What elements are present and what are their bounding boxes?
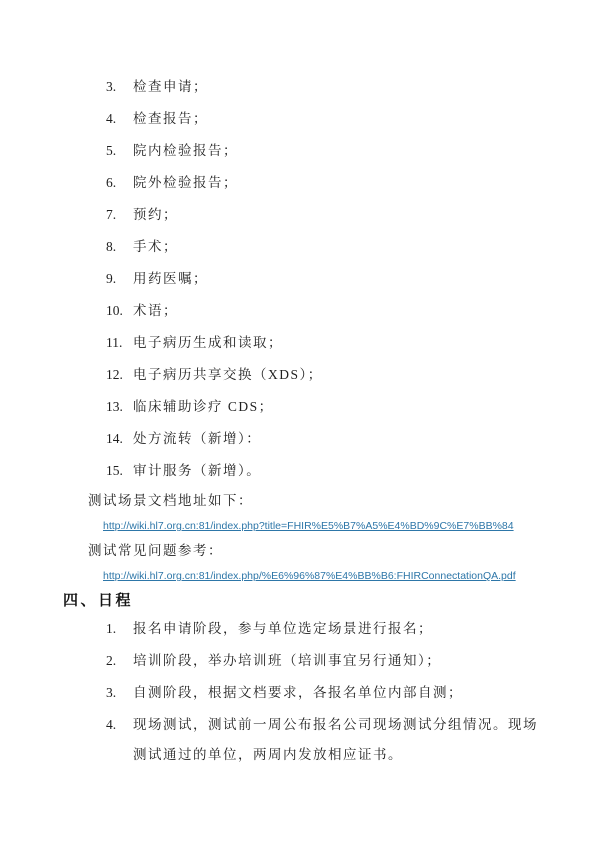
- list-item-number: 5.: [106, 136, 133, 166]
- list-item-text: 手术；: [133, 232, 178, 262]
- list-item-number: 4.: [106, 104, 133, 134]
- list-item-text: 报名申请阶段，参与单位选定场景进行报名；: [133, 614, 433, 644]
- list-item: 9. 用药医嘱；: [106, 264, 544, 294]
- list-item: 6. 院外检验报告；: [106, 168, 544, 198]
- list-item-text: 院内检验报告；: [133, 136, 238, 166]
- list-item-number: 13.: [106, 392, 133, 422]
- list-item: 12. 电子病历共享交换（XDS）；: [106, 360, 544, 390]
- list-item-number: 15.: [106, 456, 133, 486]
- list-item: 3. 检查申请；: [106, 72, 544, 102]
- list-item-text: 处方流转（新增）：: [133, 424, 261, 454]
- list-item-number: 12.: [106, 360, 133, 390]
- list-item: 5. 院内检验报告；: [106, 136, 544, 166]
- list-item-number: 3.: [106, 678, 133, 708]
- list-item: 8. 手术；: [106, 232, 544, 262]
- list-item: 15. 审计服务（新增）。: [106, 456, 544, 486]
- list-item: 10. 术语；: [106, 296, 544, 326]
- list-item-number: 2.: [106, 646, 133, 676]
- list-item-text: 培训阶段，举办培训班（培训事宜另行通知）；: [133, 646, 441, 676]
- list-item-number: 3.: [106, 72, 133, 102]
- list-item-text: 检查申请；: [133, 72, 208, 102]
- schedule-item: 3. 自测阶段，根据文档要求，各报名单位内部自测；: [106, 678, 544, 708]
- list-item-text: 检查报告；: [133, 104, 208, 134]
- list-item-text: 院外检验报告；: [133, 168, 238, 198]
- faq-label: 测试常见问题参考：: [88, 538, 544, 564]
- list-item-number: 7.: [106, 200, 133, 230]
- scenario-docs-link[interactable]: http://wiki.hl7.org.cn:81/index.php?titl…: [103, 514, 544, 538]
- list-item-number: 6.: [106, 168, 133, 198]
- faq-link[interactable]: http://wiki.hl7.org.cn:81/index.php/%E6%…: [103, 564, 544, 588]
- list-item-number: 9.: [106, 264, 133, 294]
- list-item-text: 电子病历生成和读取；: [133, 328, 283, 358]
- list-item: 4. 检查报告；: [106, 104, 544, 134]
- list-item-number: 14.: [106, 424, 133, 454]
- list-item-number: 4.: [106, 710, 133, 740]
- list-item-text: 自测阶段，根据文档要求，各报名单位内部自测；: [133, 678, 463, 708]
- list-item-number: 11.: [106, 328, 133, 358]
- list-item-text: 审计服务（新增）。: [133, 456, 261, 486]
- list-item-text: 预约；: [133, 200, 178, 230]
- list-item: 14. 处方流转（新增）：: [106, 424, 544, 454]
- list-item-text: 临床辅助诊疗 CDS；: [133, 392, 274, 422]
- list-item-text: 术语；: [133, 296, 178, 326]
- list-item: 11. 电子病历生成和读取；: [106, 328, 544, 358]
- list-item: 7. 预约；: [106, 200, 544, 230]
- schedule-item: 2. 培训阶段，举办培训班（培训事宜另行通知）；: [106, 646, 544, 676]
- schedule-item: 4. 现场测试，测试前一周公布报名公司现场测试分组情况。现场测试通过的单位，两周…: [106, 710, 544, 770]
- schedule-item: 1. 报名申请阶段，参与单位选定场景进行报名；: [106, 614, 544, 644]
- list-item-text: 电子病历共享交换（XDS）；: [133, 360, 323, 390]
- list-item-number: 1.: [106, 614, 133, 644]
- list-item-text: 用药医嘱；: [133, 264, 208, 294]
- scenario-docs-label: 测试场景文档地址如下：: [88, 488, 544, 514]
- list-item-number: 8.: [106, 232, 133, 262]
- list-item-number: 10.: [106, 296, 133, 326]
- list-item: 13. 临床辅助诊疗 CDS；: [106, 392, 544, 422]
- document-page: 3. 检查申请； 4. 检查报告； 5. 院内检验报告； 6. 院外检验报告； …: [0, 0, 600, 849]
- list-item-text: 现场测试，测试前一周公布报名公司现场测试分组情况。现场测试通过的单位，两周内发放…: [133, 710, 543, 770]
- section-heading-schedule: 四、日程: [63, 588, 544, 614]
